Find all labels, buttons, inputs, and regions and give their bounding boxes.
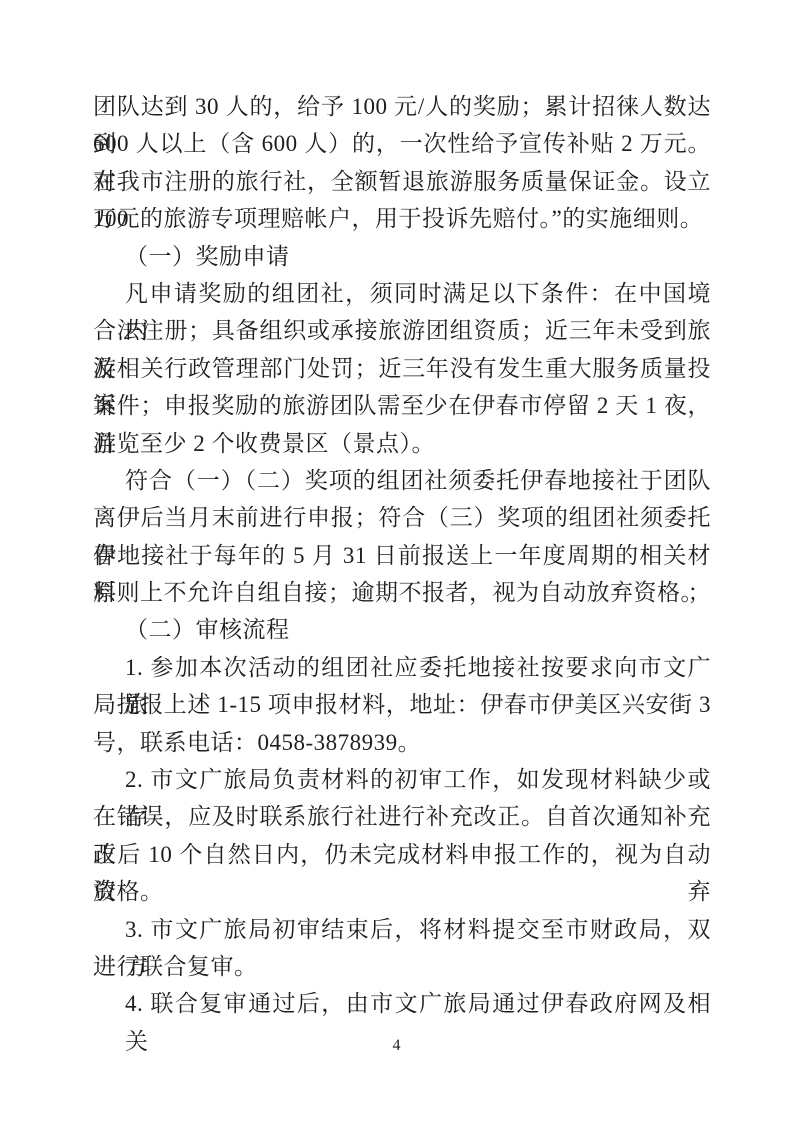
- text-line: （二）审核流程: [93, 611, 711, 648]
- text-line: 符合（一）（二）奖项的组团社须委托伊春地接社于团队: [93, 462, 711, 499]
- text-line: 号，联系电话：0458-3878939。: [93, 724, 711, 761]
- text-line: 600 人以上（含 600 人）的，一次性给予宣传补贴 2 万元。对: [93, 125, 711, 162]
- text-line: 正后 10 个自然日内，仍未完成材料申报工作的，视为自动放弃: [93, 836, 711, 873]
- text-line: 离伊后当月末前进行申报；符合（三）奖项的组团社须委托伊: [93, 499, 711, 536]
- text-line: 凡申请奖励的组团社，须同时满足以下条件：在中国境内: [93, 275, 711, 312]
- text-line: 案件；申报奖励的旅游团队需至少在伊春市停留 2 天 1 夜，且: [93, 387, 711, 424]
- text-line: 万元的旅游专项理赔帐户，用于投诉先赔付。”的实施细则。: [93, 200, 711, 237]
- text-line: 4. 联合复审通过后，由市文广旅局通过伊春政府网及相关: [93, 985, 711, 1022]
- text-line: 春地接社于每年的 5 月 31 日前报送上一年度周期的相关材料；: [93, 537, 711, 574]
- text-line: 游览至少 2 个收费景区（景点）。: [93, 425, 711, 462]
- text-line: 合法注册；具备组织或承接旅游团组资质；近三年未受到旅游: [93, 312, 711, 349]
- document-text-block: 团队达到 30 人的，给予 100 元/人的奖励；累计招徕人数达到600 人以上…: [93, 88, 711, 1023]
- text-line: 1. 参加本次活动的组团社应委托地接社按要求向市文广旅: [93, 649, 711, 686]
- text-line: 原则上不允许自组自接；逾期不报者，视为自动放弃资格。: [93, 574, 711, 611]
- text-line: 在错误，应及时联系旅行社进行补充改正。自首次通知补充改: [93, 798, 711, 835]
- text-line: 及相关行政管理部门处罚；近三年没有发生重大服务质量投诉: [93, 350, 711, 387]
- text-line: 团队达到 30 人的，给予 100 元/人的奖励；累计招徕人数达到: [93, 88, 711, 125]
- text-line: 在我市注册的旅行社，全额暂退旅游服务质量保证金。设立 100: [93, 163, 711, 200]
- text-line: （一）奖励申请: [93, 238, 711, 275]
- text-line: 2. 市文广旅局负责材料的初审工作，如发现材料缺少或存: [93, 761, 711, 798]
- text-line: 进行联合复审。: [93, 948, 711, 985]
- text-line: 局提报上述 1-15 项申报材料，地址：伊春市伊美区兴安街 3: [93, 686, 711, 723]
- page-number: 4: [0, 1036, 793, 1056]
- text-line: 3. 市文广旅局初审结束后，将材料提交至市财政局，双方: [93, 911, 711, 948]
